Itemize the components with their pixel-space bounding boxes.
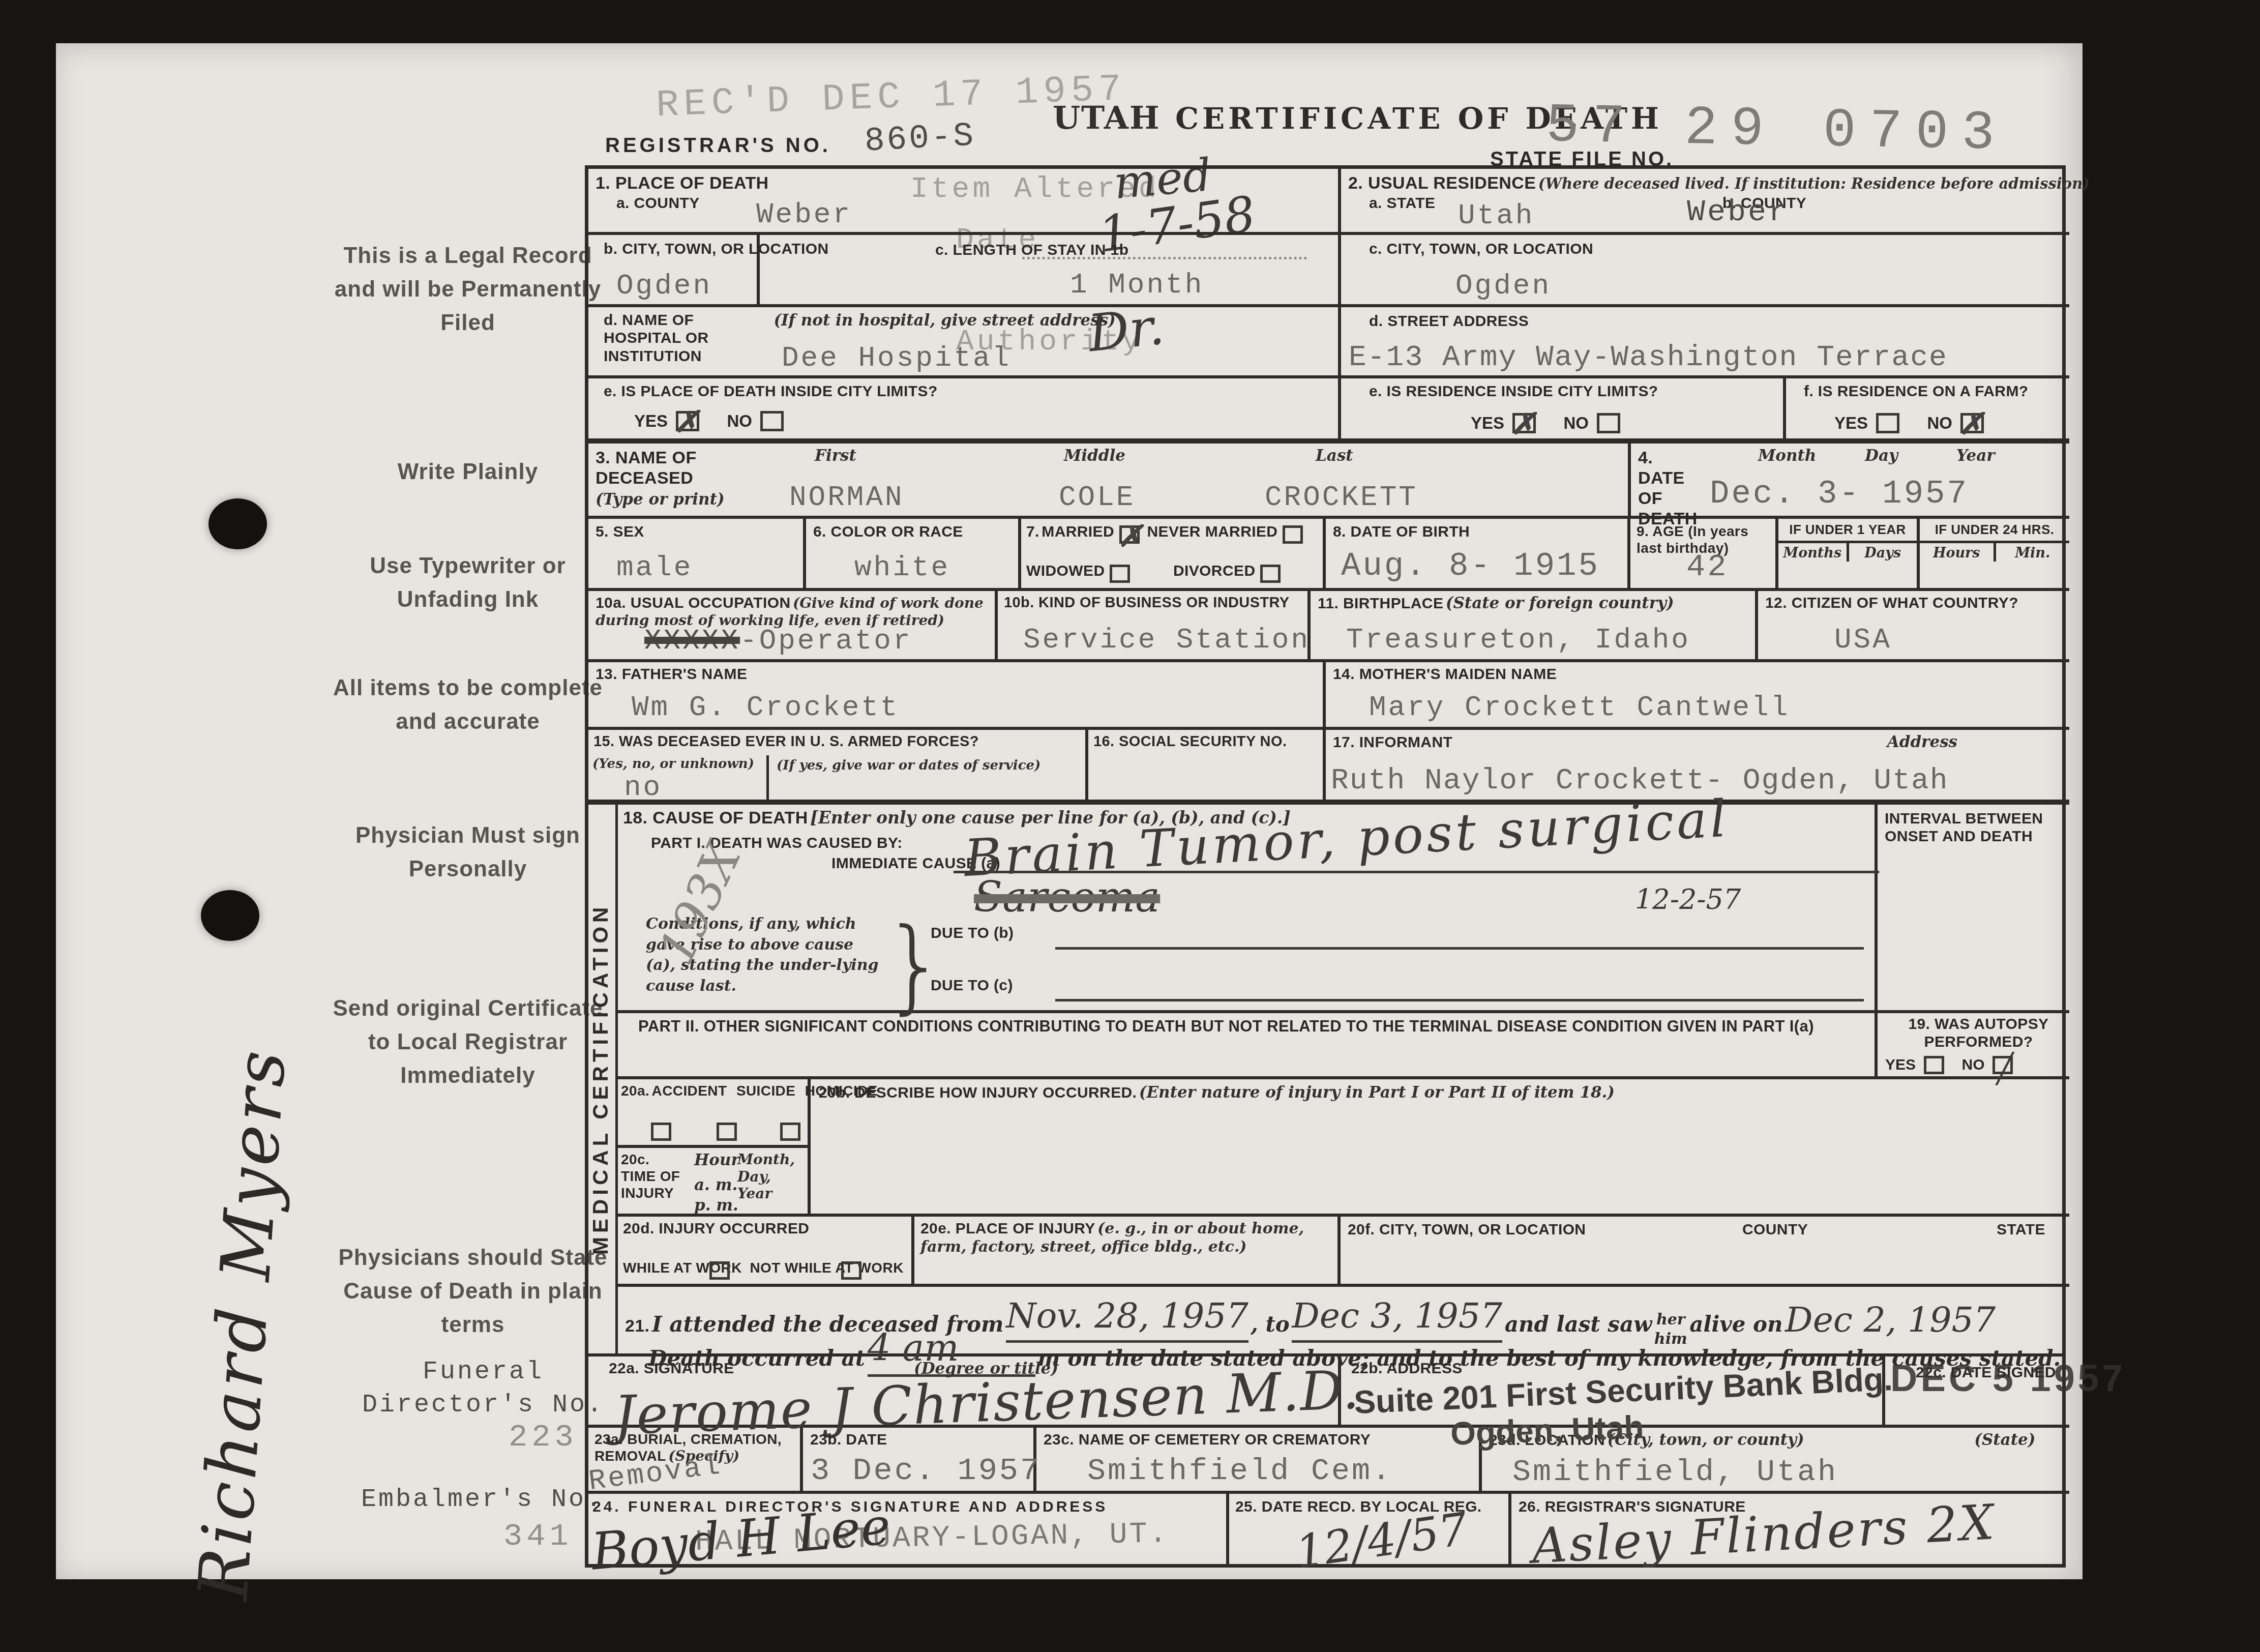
margin-note-write-plainly: Write Plainly <box>325 455 610 489</box>
field-10b-business: 10b. KIND OF BUSINESS OR INDUSTRY Servic… <box>998 591 1311 662</box>
field-10a-struck-text: XXXXX <box>644 625 740 657</box>
field-7-widowed-checkbox <box>1110 565 1130 583</box>
field-2-usual-residence: 2. USUAL RESIDENCE (Where deceased lived… <box>1341 169 2069 235</box>
field-7-never-married-checkbox <box>1283 525 1303 544</box>
field-22c-date-stamp: DEC 5 1957 <box>1890 1356 2126 1400</box>
field-22c-date-signed: 22c. DATE SIGNED DEC 5 1957 <box>1885 1356 2069 1428</box>
field-6-color-or-race: 6. COLOR OR RACE white <box>806 519 1021 591</box>
field-3-last-label: Last <box>1316 447 1353 465</box>
field-2c-value: Ogden <box>1455 270 1551 302</box>
field-11-note: (State or foreign country) <box>1446 594 1674 612</box>
field-2f-farm: f. IS RESIDENCE ON A FARM? YES NO✗ <box>1786 378 2069 444</box>
field-17-address-label: Address <box>1887 733 1957 751</box>
field-23b-value: 3 Dec. 1957 <box>811 1453 1041 1489</box>
field-20f-county-label: COUNTY <box>1742 1221 1808 1238</box>
field-18-interval-column: INTERVAL BETWEEN ONSET AND DEATH <box>1878 805 2069 1013</box>
field-7-divorced-label: DIVORCED <box>1173 563 1256 579</box>
field-1b-label: b. CITY, TOWN, OR LOCATION <box>588 235 757 258</box>
field-2-title-note: (Where deceased lived. If institution: R… <box>1538 175 2090 192</box>
field-18a-date-value: 12-2-57 <box>1635 883 1741 916</box>
field-18b-line <box>1055 947 1864 950</box>
field-1-place-of-death-county: 1. PLACE OF DEATH a. COUNTY Weber <box>588 169 1341 235</box>
field-1b-value: Ogden <box>616 270 712 302</box>
field-10a-value: -Operator <box>740 625 912 657</box>
field-2e-no-label: NO <box>1564 414 1589 432</box>
field-1-title: 1. PLACE OF DEATH <box>588 169 1338 193</box>
field-21-her-label: her <box>1654 1310 1687 1330</box>
field-4-year-label: Year <box>1956 447 1995 465</box>
margin-note-send-original: Send original Certificate to Local Regis… <box>325 992 610 1093</box>
paper-sheet: REC'D DEC 17 1957 REGISTRAR'S NO. 860-S … <box>56 43 2083 1579</box>
field-3-name-of-deceased: 3. NAME OF DECEASED (Type or print) Firs… <box>588 444 1631 519</box>
field-18-part1-label: PART I. DEATH WAS CAUSED BY: <box>651 834 903 852</box>
field-22a-label: 22a. SIGNATURE <box>609 1360 734 1377</box>
field-2e-label: e. IS RESIDENCE INSIDE CITY LIMITS? <box>1341 378 1783 400</box>
field-10b-value: Service Station <box>1023 624 1310 656</box>
field-15-note1: (Yes, no, or unknown) <box>588 755 766 772</box>
field-21-number: 21. <box>625 1316 649 1336</box>
field-24-label: 24. FUNERAL DIRECTOR'S SIGNATURE AND ADD… <box>588 1494 1226 1516</box>
field-14-value: Mary Crockett Cantwell <box>1369 691 1790 724</box>
field-20a-suicide-label: SUICIDE <box>736 1083 795 1099</box>
field-20a-number: 20a. <box>621 1083 649 1099</box>
field-6-value: white <box>854 551 950 584</box>
field-10b-label: 10b. KIND OF BUSINESS OR INDUSTRY <box>998 591 1307 611</box>
field-20d-while-checkbox <box>709 1261 730 1280</box>
field-14-label: 14. MOTHER'S MAIDEN NAME <box>1326 662 2069 683</box>
margin-note-complete: All items to be complete and accurate <box>325 671 610 739</box>
field-5-sex: 5. SEX male <box>588 519 806 591</box>
field-20f-state-label: STATE <box>1997 1221 2045 1238</box>
field-9-under-24-hrs: IF UNDER 24 HRS. Hours Min. <box>1920 519 2069 591</box>
field-20e-place-of-injury: 20e. PLACE OF INJURY (e. g., in or about… <box>914 1217 1341 1287</box>
field-9-min-label: Min. <box>1996 543 2070 562</box>
field-10a-label: 10a. USUAL OCCUPATION <box>596 595 790 611</box>
field-23c-value: Smithfield Cem. <box>1087 1454 1392 1489</box>
field-13-value: Wm G. Crockett <box>632 691 899 724</box>
field-17-label: 17. INFORMANT <box>1333 734 1452 751</box>
field-7-marital-status: 7. MARRIED✗ NEVER MARRIED WIDOWED DIVORC… <box>1021 519 1326 591</box>
field-7-married-mark: ✗ <box>1118 519 1143 553</box>
field-19-label: 19. WAS AUTOPSY PERFORMED? <box>1878 1013 2069 1051</box>
field-12-value: USA <box>1834 624 1892 656</box>
field-9-months-label: Months <box>1778 543 1849 562</box>
field-1e-yes-checkbox: ✗ <box>676 411 699 431</box>
field-5-label: 5. SEX <box>588 519 803 541</box>
field-9-under-1-year: IF UNDER 1 YEAR Months Days <box>1778 519 1920 591</box>
field-1e-city-limits: e. IS PLACE OF DEATH INSIDE CITY LIMITS?… <box>588 378 1341 444</box>
medical-certification-label: MEDICAL CERTIFICATION <box>588 805 615 1353</box>
field-20d-label: 20d. INJURY OCCURRED <box>618 1217 911 1237</box>
margin-note-legal: This is a Legal Record and will be Perma… <box>325 239 610 340</box>
punch-hole-top <box>209 498 267 549</box>
embalmer-no-value: 341 <box>503 1518 573 1554</box>
field-4-date-of-death: 4. DATE OF DEATH Month Day Year Dec. 3- … <box>1631 444 2069 519</box>
field-23d-state-note: (State) <box>1974 1431 2035 1449</box>
field-24-funeral-director: 24. FUNERAL DIRECTOR'S SIGNATURE AND ADD… <box>588 1494 1229 1564</box>
title-state: UTAH <box>1053 99 1161 136</box>
field-2f-yes-checkbox <box>1876 413 1899 433</box>
field-20f-city-county-state: 20f. CITY, TOWN, OR LOCATION COUNTY STAT… <box>1341 1217 2069 1287</box>
field-7-never-married-label: NEVER MARRIED <box>1147 523 1278 540</box>
field-20a-accident-checkbox <box>651 1123 671 1141</box>
field-3-last-value: CROCKETT <box>1265 481 1418 514</box>
field-18c-line <box>1055 999 1864 1001</box>
field-1e-label: e. IS PLACE OF DEATH INSIDE CITY LIMITS? <box>588 378 1338 400</box>
field-1d-hospital: d. NAME OF HOSPITAL OR INSTITUTION (If n… <box>588 307 1341 378</box>
field-20d-injury-occurred: 20d. INJURY OCCURRED WHILE AT WORK NOT W… <box>618 1217 914 1287</box>
field-2e-city-limits: e. IS RESIDENCE INSIDE CITY LIMITS? YES✗… <box>1341 378 1786 444</box>
certificate-form: 1. PLACE OF DEATH a. COUNTY Weber 2. USU… <box>585 165 2066 1568</box>
field-13-fathers-name: 13. FATHER'S NAME Wm G. Crockett <box>588 662 1326 730</box>
field-7-married-checkbox: ✗ <box>1119 525 1140 544</box>
field-1e-yes-mark: ✗ <box>674 404 699 439</box>
field-1c-value: 1 Month <box>1070 269 1204 301</box>
field-1e-yes-label: YES <box>634 411 668 430</box>
field-4-month-label: Month <box>1758 447 1816 465</box>
field-25-label: 25. DATE RECD. BY LOCAL REG. <box>1229 1494 1508 1516</box>
field-2e-no-checkbox <box>1597 413 1620 433</box>
field-2d-label: d. STREET ADDRESS <box>1341 307 2069 330</box>
field-1c-label: c. LENGTH OF STAY IN 1b <box>935 241 1128 259</box>
field-2e-yes-label: YES <box>1471 414 1504 432</box>
field-26-registrar-signature: 26. REGISTRAR'S SIGNATURE Asley Flinders… <box>1511 1494 2069 1564</box>
field-2e-yes-mark: ✗ <box>1511 406 1536 441</box>
field-2f-no-mark: ✗ <box>1959 406 1984 441</box>
medical-certification-strip: MEDICAL CERTIFICATION <box>588 805 618 1356</box>
field-23a-burial-removal: 23a. BURIAL, CREMATION, REMOVAL (Specify… <box>588 1428 803 1494</box>
field-2-title: 2. USUAL RESIDENCE <box>1348 173 1536 193</box>
field-20c-label: 20c. TIME OF INJURY <box>621 1151 687 1201</box>
embalmer-no-label: Embalmer's No. <box>361 1485 603 1514</box>
field-2c-city: c. CITY, TOWN, OR LOCATION Ogden <box>1341 235 2069 307</box>
field-1e-no-label: NO <box>727 411 753 430</box>
scanned-death-certificate: { "header": { "received_stamp": "REC'D D… <box>0 0 2260 1652</box>
state-file-value: 57 29 0703 <box>1545 95 2008 165</box>
field-15-value: no <box>624 771 662 804</box>
field-18c-label: DUE TO (c) <box>931 977 1013 994</box>
field-3-title: 3. NAME OF DECEASED <box>596 448 712 488</box>
field-20c-mdy-label: Month, Day, Year <box>737 1151 808 1202</box>
field-3-middle-value: COLE <box>1059 481 1135 514</box>
field-18-part2-text: PART II. OTHER SIGNIFICANT CONDITIONS CO… <box>618 1013 1875 1036</box>
field-1a-label: a. COUNTY <box>588 193 1338 212</box>
field-9-age: 9. AGE (In years last birthday) 42 <box>1630 519 1778 591</box>
field-9-hours-label: Hours <box>1920 543 1996 562</box>
field-21-to-value: Dec 3, 1957 <box>1292 1296 1502 1336</box>
field-2a-value: Utah <box>1458 199 1534 232</box>
punch-hole-bottom <box>201 890 259 941</box>
field-15-armed-forces: 15. WAS DECEASED EVER IN U. S. ARMED FOR… <box>588 730 1088 805</box>
field-20b-label: 20b. DESCRIBE HOW INJURY OCCURRED. <box>819 1084 1137 1101</box>
field-7-widowed-label: WIDOWED <box>1026 563 1105 579</box>
field-23d-value: Smithfield, Utah <box>1512 1455 1838 1490</box>
field-2a-label: a. STATE <box>1369 195 1435 212</box>
field-8-label: 8. DATE OF BIRTH <box>1326 519 1627 541</box>
field-20d-not-while-label: NOT WHILE AT WORK <box>750 1259 836 1276</box>
field-6-label: 6. COLOR OR RACE <box>806 519 1018 541</box>
field-4-title: 4. DATE OF DEATH <box>1638 448 1699 529</box>
field-2d-street-address: d. STREET ADDRESS E-13 Army Way-Washingt… <box>1341 307 2069 378</box>
field-13-label: 13. FATHER'S NAME <box>588 662 1323 683</box>
field-4-day-label: Day <box>1865 447 1898 465</box>
field-2f-yes-label: YES <box>1834 414 1868 432</box>
field-22b-value2: Ogden, Utah <box>1450 1408 1645 1452</box>
field-5-value: male <box>616 551 693 584</box>
field-20b-note: (Enter nature of injury in Part I or Par… <box>1139 1083 1615 1102</box>
field-8-date-of-birth: 8. DATE OF BIRTH Aug. 8- 1915 <box>1326 519 1630 591</box>
field-1d-note: (If not in hospital, give street address… <box>774 311 1115 330</box>
field-20f-label: 20f. CITY, TOWN, OR LOCATION <box>1348 1221 1586 1238</box>
field-1a-value: Weber <box>756 198 852 231</box>
field-2b-value: Weber <box>1687 195 1789 230</box>
field-7-divorced-checkbox <box>1260 565 1281 583</box>
field-22b-address: 22b. ADDRESS Suite 201 First Security Ba… <box>1341 1356 1885 1428</box>
field-2f-no-checkbox: ✗ <box>1960 413 1984 433</box>
field-1c-length-of-stay: c. LENGTH OF STAY IN 1b 1 Month <box>760 235 1341 307</box>
margin-note-cause: Physicians should State Cause of Death i… <box>315 1241 631 1342</box>
field-20c-time-of-injury: 20c. TIME OF INJURY Hour Month, Day, Yea… <box>618 1148 811 1217</box>
field-22b-label: 22b. ADDRESS <box>1351 1360 1463 1377</box>
field-2e-yes-checkbox: ✗ <box>1512 413 1536 433</box>
field-12-label: 12. CITIZEN OF WHAT COUNTRY? <box>1758 591 2069 612</box>
field-15-note2: (If yes, give war or dates of service) <box>777 758 1077 774</box>
field-1e-no-checkbox <box>760 411 784 431</box>
field-17-value: Ruth Naylor Crockett- Ogden, Utah <box>1331 764 1949 798</box>
field-11-label: 11. BIRTHPLACE <box>1318 595 1443 612</box>
field-19-no-checkbox: ╱ <box>1993 1056 2013 1074</box>
margin-note-physician: Physician Must sign Personally <box>325 819 610 886</box>
field-19-no-label: NO <box>1961 1056 1984 1073</box>
field-14-mothers-maiden-name: 14. MOTHER'S MAIDEN NAME Mary Crockett C… <box>1326 662 2069 730</box>
field-20d-not-while-checkbox <box>841 1261 861 1280</box>
field-20a-accident-label: ACCIDENT <box>652 1083 727 1099</box>
field-9-value: 42 <box>1686 549 1728 585</box>
field-7-number: 7. <box>1026 523 1039 540</box>
field-3-note: (Type or print) <box>596 490 725 509</box>
field-11-value: Treasureton, Idaho <box>1346 624 1690 656</box>
field-20a-accident-suicide-homicide: 20a. ACCIDENT SUICIDE HOMICIDE <box>618 1079 811 1148</box>
field-16-social-security: 16. SOCIAL SECURITY NO. <box>1088 730 1326 805</box>
field-23b-label: 23b. DATE <box>803 1428 1033 1449</box>
field-1b-city: b. CITY, TOWN, OR LOCATION Ogden <box>588 235 760 307</box>
field-18-part2: PART II. OTHER SIGNIFICANT CONDITIONS CO… <box>618 1013 1878 1079</box>
field-20a-homicide-checkbox <box>780 1123 800 1141</box>
field-23c-label: 23c. NAME OF CEMETERY OR CREMATORY <box>1036 1428 1479 1449</box>
field-2d-value: E-13 Army Way-Washington Terrace <box>1349 341 1948 374</box>
field-19-yes-checkbox <box>1924 1056 1944 1074</box>
field-18a-value2: Sarcoma <box>974 873 1160 922</box>
field-9-days-label: Days <box>1849 543 1917 562</box>
field-9-under1-label: IF UNDER 1 YEAR <box>1778 519 1917 543</box>
registrars-no-label: REGISTRAR'S NO. <box>605 134 831 158</box>
field-25-date-received: 25. DATE RECD. BY LOCAL REG. 12/4/57 <box>1229 1494 1511 1564</box>
funeral-director-no-value: 223 <box>509 1419 578 1455</box>
field-1d-value: Dee Hospital <box>782 342 1011 374</box>
field-2f-no-label: NO <box>1927 414 1953 432</box>
field-21-from-value: Nov. 28, 1957 <box>1006 1296 1248 1336</box>
field-18-cause-of-death: 18. CAUSE OF DEATH [Enter only one cause… <box>618 805 1878 1013</box>
field-20c-am-label: a. m. <box>694 1176 737 1195</box>
field-20c-pm-label: p. m. <box>694 1196 738 1215</box>
field-18b-label: DUE TO (b) <box>931 924 1014 942</box>
field-2f-label: f. IS RESIDENCE ON A FARM? <box>1786 378 2069 400</box>
field-3-middle-label: Middle <box>1064 447 1125 465</box>
field-20c-hour-label: Hour <box>694 1151 739 1170</box>
field-20b-describe-injury: 20b. DESCRIBE HOW INJURY OCCURRED. (Ente… <box>811 1079 2069 1217</box>
field-22a-signature: 22a. SIGNATURE (Degree or title) Jerome … <box>588 1356 1341 1428</box>
field-11-birthplace: 11. BIRTHPLACE (State or foreign country… <box>1311 591 1758 662</box>
field-23c-cemetery: 23c. NAME OF CEMETERY OR CREMATORY Smith… <box>1036 1428 1482 1494</box>
field-12-citizen: 12. CITIZEN OF WHAT COUNTRY? USA <box>1758 591 2069 662</box>
field-3-first-label: First <box>815 447 856 465</box>
registrars-no-value: 860-S <box>864 116 976 160</box>
margin-note-typewriter: Use Typewriter or Unfading Ink <box>325 549 610 616</box>
field-3-first-value: NORMAN <box>789 481 904 514</box>
field-18-interval-label: INTERVAL BETWEEN ONSET AND DEATH <box>1878 805 2069 846</box>
field-16-label: 16. SOCIAL SECURITY NO. <box>1088 730 1323 750</box>
field-18-title: 18. CAUSE OF DEATH <box>623 808 808 828</box>
field-23b-date: 23b. DATE 3 Dec. 1957 <box>803 1428 1036 1494</box>
field-8-value: Aug. 8- 1915 <box>1341 548 1600 585</box>
field-7-married-label: MARRIED <box>1042 523 1114 540</box>
field-15-label: 15. WAS DECEASED EVER IN U. S. ARMED FOR… <box>588 730 1085 750</box>
field-20d-while-label: WHILE AT WORK <box>623 1259 704 1276</box>
funeral-director-no-label: Funeral Director's No. <box>341 1355 626 1422</box>
field-1d-label: d. NAME OF HOSPITAL OR INSTITUTION <box>604 311 771 365</box>
field-10a-occupation: 10a. USUAL OCCUPATION (Give kind of work… <box>588 591 998 662</box>
field-21-attended-statement: 21. I attended the deceased from Nov. 28… <box>618 1287 2066 1356</box>
field-2c-label: c. CITY, TOWN, OR LOCATION <box>1341 235 2069 258</box>
field-20a-suicide-checkbox <box>717 1123 737 1141</box>
field-19-autopsy: 19. WAS AUTOPSY PERFORMED? YES NO╱ <box>1878 1013 2069 1079</box>
field-19-yes-label: YES <box>1885 1056 1916 1073</box>
field-9-under24-label: IF UNDER 24 HRS. <box>1920 519 2069 543</box>
field-20e-label: 20e. PLACE OF INJURY <box>920 1220 1095 1237</box>
field-4-value: Dec. 3- 1957 <box>1710 476 1969 513</box>
margin-vertical-signature: Richard Myers <box>183 1045 302 1603</box>
